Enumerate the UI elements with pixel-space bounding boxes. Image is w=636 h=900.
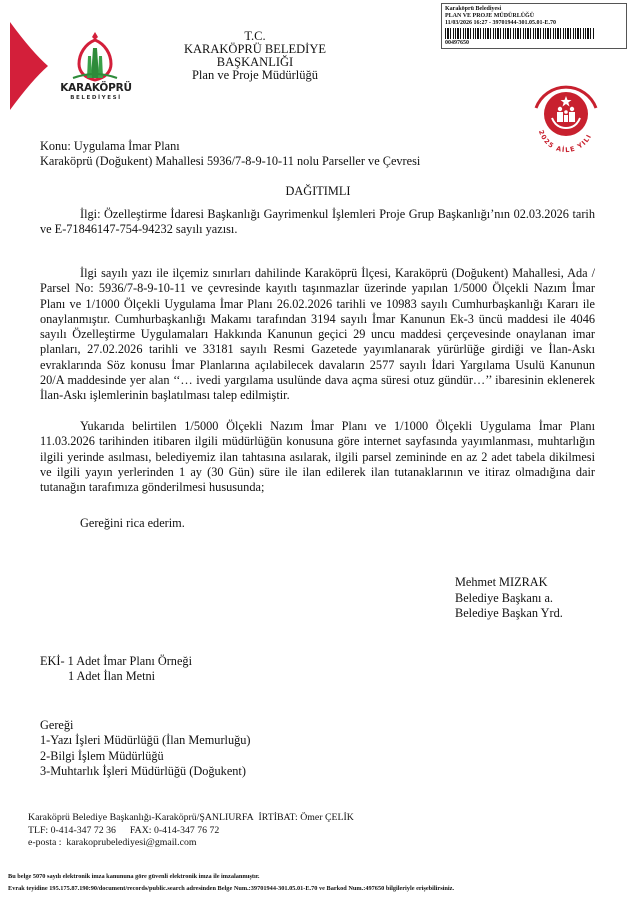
contact-phone: TLF: 0-414-347 72 36 xyxy=(28,825,116,836)
distribution-item: 1-Yazı İşleri Müdürlüğü (İlan Memurluğu) xyxy=(40,733,251,748)
attachments-block: EKİ- 1 Adet İmar Planı Örneği 1 Adet İla… xyxy=(40,654,192,684)
attachments-label: EKİ- xyxy=(40,654,65,668)
barcode-graphic xyxy=(445,28,595,39)
distribution-item: 2-Bilgi İşlem Müdürlüğü xyxy=(40,749,251,764)
distribution-item: 3-Muhtarlık İşleri Müdürlüğü (Doğukent) xyxy=(40,764,251,779)
contact-address: Karaköprü Belediye Başkanlığı-Karaköprü/… xyxy=(28,812,254,823)
contact-fax: FAX: 0-414-347 76 72 xyxy=(130,825,219,836)
contact-person: İRTİBAT: Ömer ÇELİK xyxy=(259,812,354,823)
barcode-line-department: PLAN VE PROJE MÜDÜRLÜĞÜ xyxy=(445,13,623,20)
signatory-title-2: Belediye Başkan Yrd. xyxy=(455,606,563,622)
header-line-institution: KARAKÖPRÜ BELEDİYE BAŞKANLIĞI xyxy=(150,43,360,69)
attachment-item: 1 Adet İlan Metni xyxy=(68,669,155,683)
signatory-name: Mehmet MIZRAK xyxy=(455,575,563,591)
attachment-item: 1 Adet İmar Planı Örneği xyxy=(68,654,192,668)
barcode-line-date-number: 11/03/2026 16:27 - 39701944-301.05.01-E.… xyxy=(445,20,623,27)
barcode-line-institution: Karaköprü Belediyesi xyxy=(445,6,623,13)
signature-block: Mehmet MIZRAK Belediye Başkanı a. Beledi… xyxy=(455,575,563,622)
distribution-list-title: Gereği xyxy=(40,718,251,733)
distribution-heading: DAĞITIMLI xyxy=(0,184,636,199)
letterhead: T.C. KARAKÖPRÜ BELEDİYE BAŞKANLIĞI Plan … xyxy=(150,30,360,82)
e-signature-footer: Bu belge 5070 sayılı elektronik imza kan… xyxy=(8,871,454,895)
signatory-title-1: Belediye Başkanı a. xyxy=(455,591,563,607)
request-text: Yukarıda belirtilen 1/5000 Ölçekli Nazım… xyxy=(40,419,595,494)
main-paragraph: İlgi sayılı yazı ile ilçemiz sınırları d… xyxy=(40,266,595,404)
distribution-list: Gereği 1-Yazı İşleri Müdürlüğü (İlan Mem… xyxy=(40,718,251,780)
header-line-department: Plan ve Proje Müdürlüğü xyxy=(150,69,360,82)
contact-email[interactable]: karakoprubelediyesi@gmail.com xyxy=(66,837,196,848)
logo-text: KARAKÖPRÜ xyxy=(58,82,134,94)
barcode-number: 00497650 xyxy=(445,40,623,47)
footer-verification-notice: Evrak teyidine 195.175.87.190:90/documen… xyxy=(8,883,454,895)
main-text: İlgi sayılı yazı ile ilçemiz sınırları d… xyxy=(40,266,595,402)
subject-detail-line: Karaköprü (Doğukent) Mahallesi 5936/7-8-… xyxy=(40,154,420,169)
logo-subtext: BELEDİYESİ xyxy=(58,95,134,101)
document-barcode-label: Karaköprü Belediyesi PLAN VE PROJE MÜDÜR… xyxy=(441,3,627,49)
footer-signature-notice: Bu belge 5070 sayılı elektronik imza kan… xyxy=(8,871,454,883)
reference-paragraph: İlgi: Özelleştirme İdaresi Başkanlığı Ga… xyxy=(40,207,595,238)
reference-text: İlgi: Özelleştirme İdaresi Başkanlığı Ga… xyxy=(40,207,595,236)
family-year-logo-icon: 2025 AİLE YILI xyxy=(524,78,608,162)
subject-block: Konu: Uygulama İmar Planı Karaköprü (Doğ… xyxy=(40,139,420,169)
closing-line: Gereğini rica ederim. xyxy=(80,516,185,531)
subject-line: Konu: Uygulama İmar Planı xyxy=(40,139,420,154)
contact-email-label: e-posta : xyxy=(28,837,61,848)
contact-block: Karaköprü Belediye Başkanlığı-Karaköprü/… xyxy=(28,812,354,850)
red-flag-graphic xyxy=(10,22,48,110)
request-paragraph: Yukarıda belirtilen 1/5000 Ölçekli Nazım… xyxy=(40,419,595,495)
